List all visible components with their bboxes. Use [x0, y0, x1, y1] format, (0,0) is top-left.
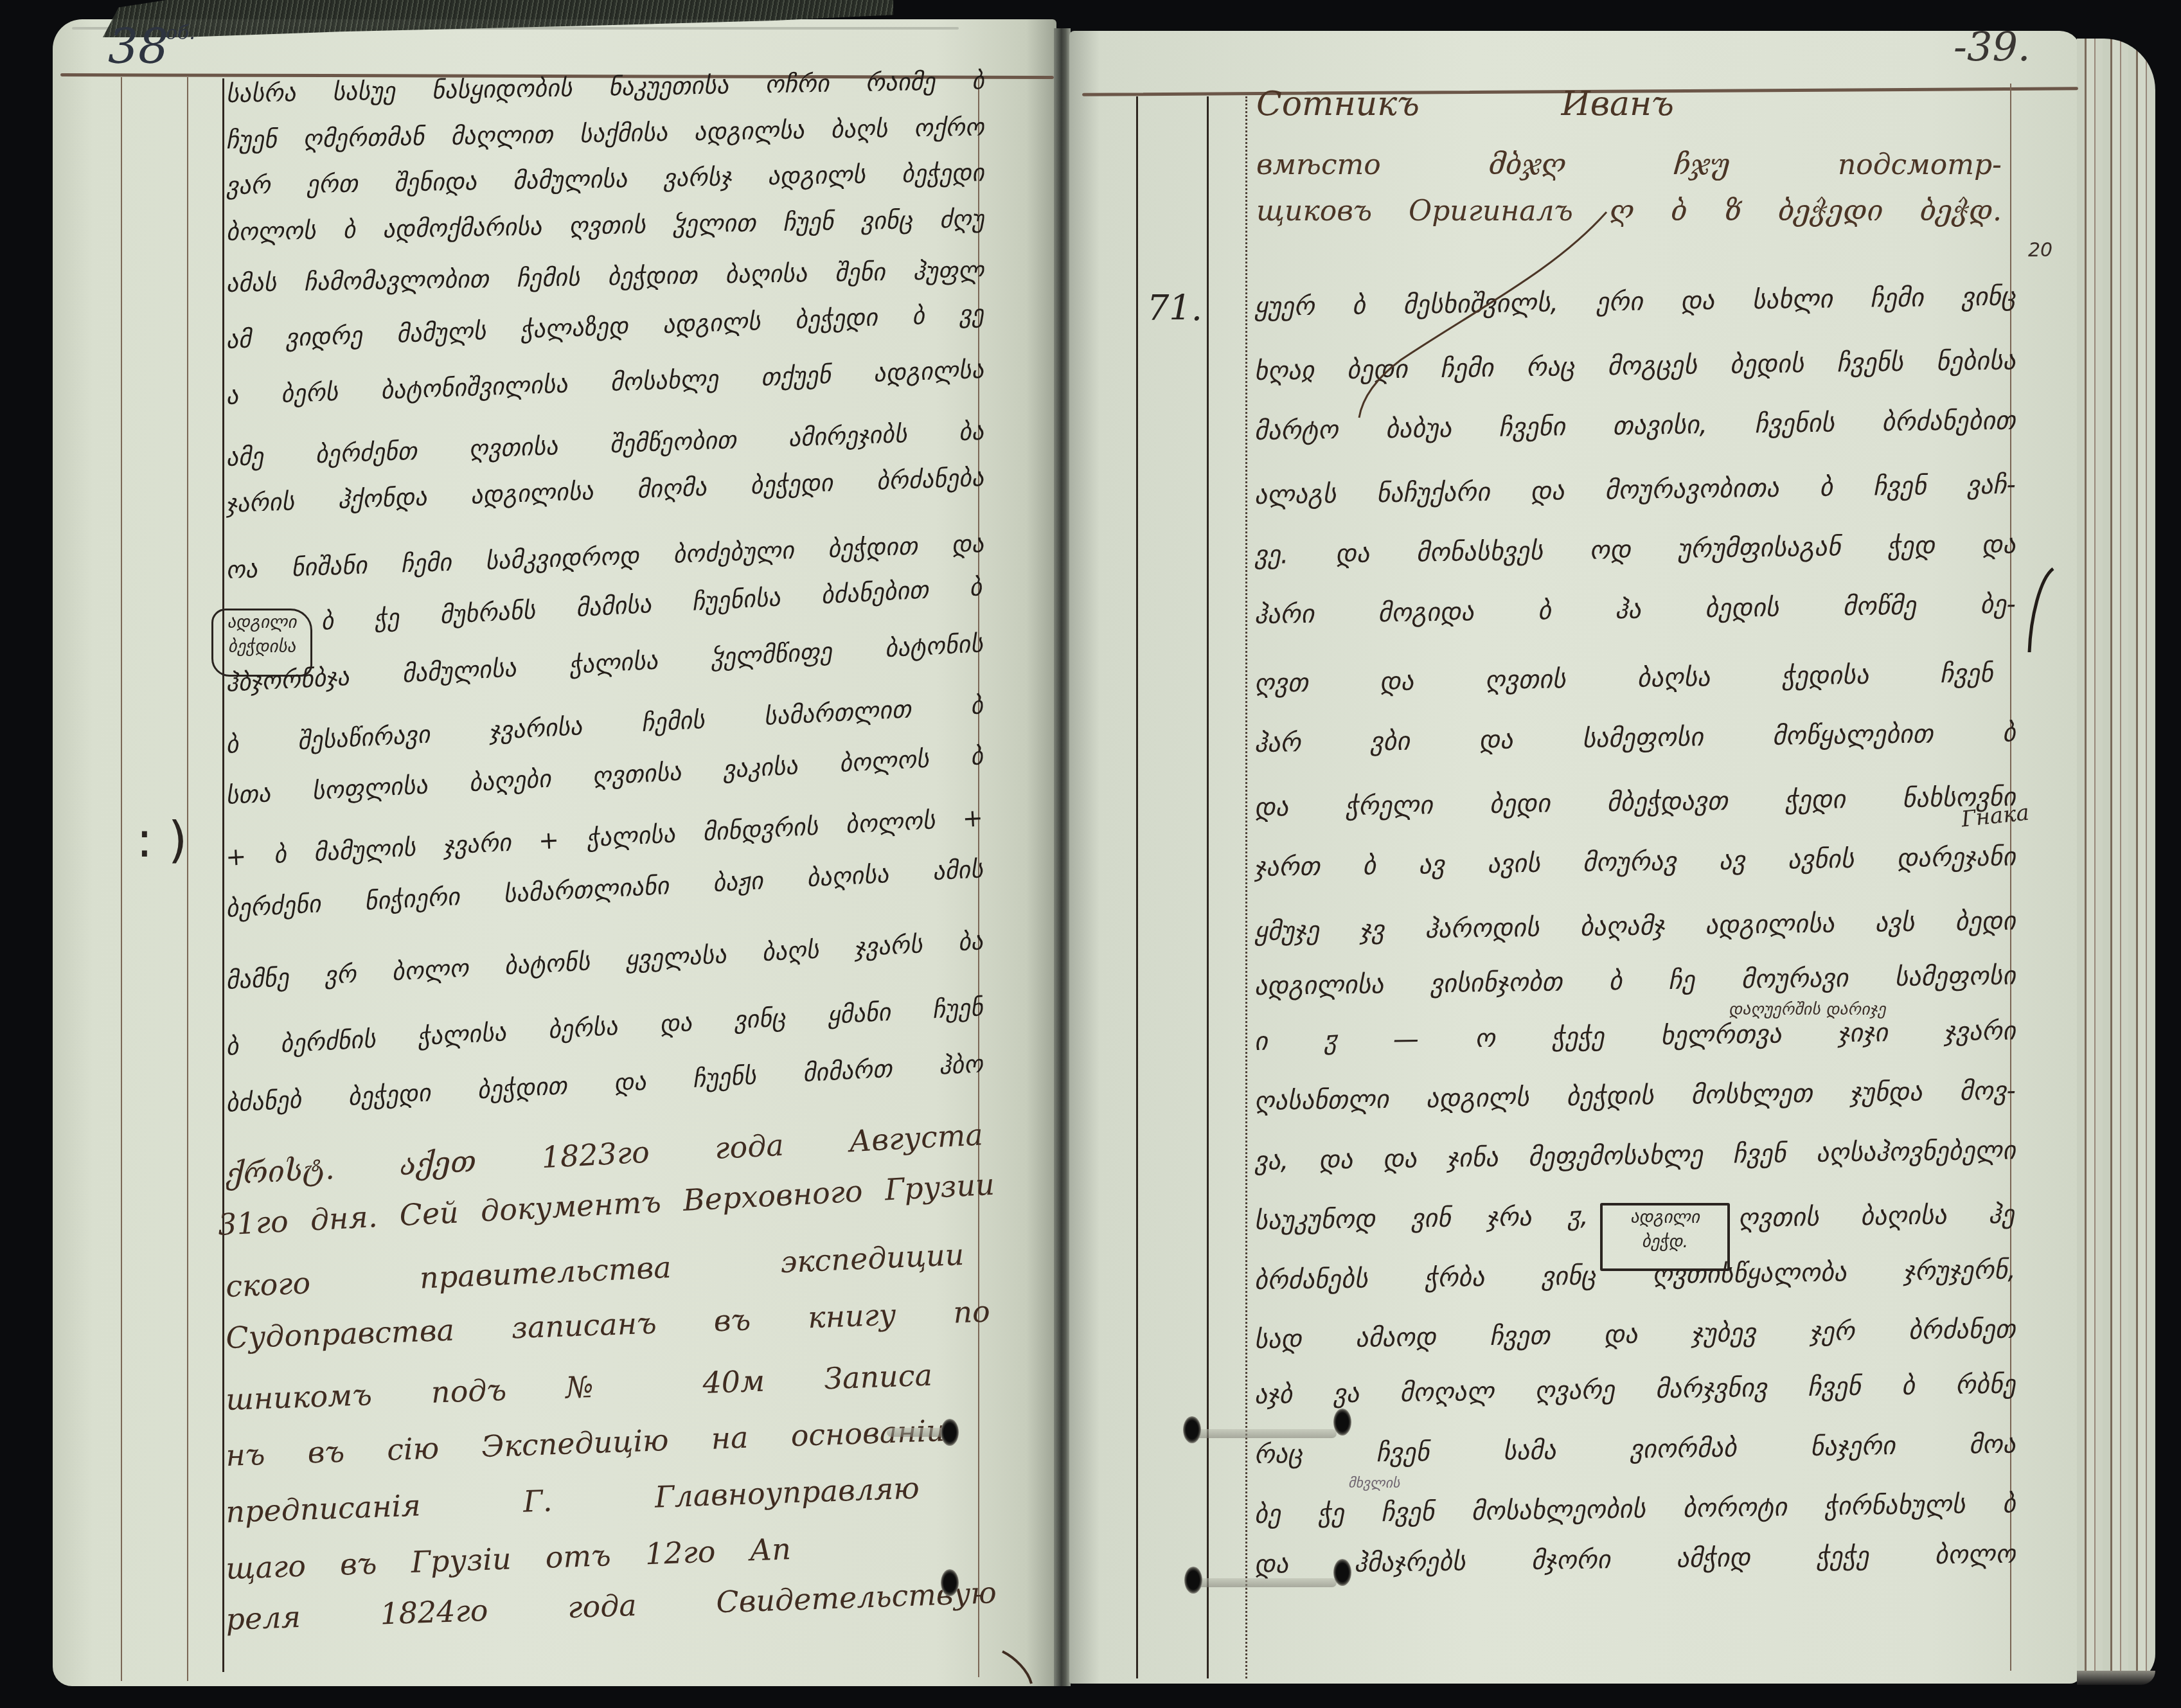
worm-hole — [941, 1569, 959, 1596]
worm-hole — [1333, 1559, 1351, 1586]
worm-hole — [1184, 1567, 1202, 1594]
worm-hole — [941, 1419, 959, 1446]
header-flourish-stroke — [1359, 212, 1607, 418]
paper-damage — [1195, 1578, 1337, 1587]
worm-hole — [1183, 1416, 1201, 1443]
worm-hole — [1333, 1409, 1351, 1436]
margin-hook-stroke — [2029, 569, 2053, 652]
flourish-strokes — [0, 0, 2181, 1708]
paper-damage — [1195, 1429, 1337, 1438]
signature-tail-stroke — [1002, 1651, 1031, 1684]
